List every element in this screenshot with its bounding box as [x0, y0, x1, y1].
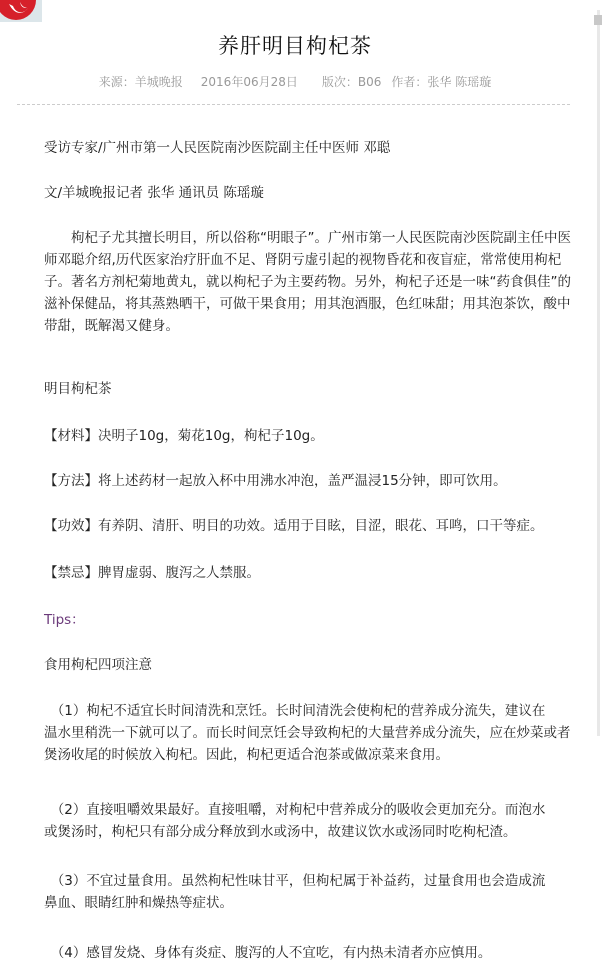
tip-2: （2）直接咀嚼效果最好。直接咀嚼，对枸杞中营养成分的吸收会更加充分。而泡水 或煲… — [0, 799, 570, 843]
newspaper-logo-icon — [0, 0, 42, 22]
tips-title: 食用枸杞四项注意 — [44, 654, 570, 676]
recipe-title: 明目枸杞茶 — [44, 378, 570, 400]
intro-line: 枸杞子尤其擅长明目，所以俗称“明眼子”。广州市第一人民医院南沙医院副主任中医 — [44, 227, 570, 249]
meta-date: 2016年06月28日 — [201, 73, 298, 90]
tip-line: （3）不宜过量食用。虽然枸杞性味甘平，但枸杞属于补益药，过量食用也会造成流 — [44, 870, 570, 892]
intro-paragraph: 枸杞子尤其擅长明目，所以俗称“明眼子”。广州市第一人民医院南沙医院副主任中医 师… — [0, 227, 570, 337]
intro-line: 师邓聪介绍,历代医家治疗肝血不足、肾阴亏虚引起的视物昏花和夜盲症，常常使用枸杞 — [44, 249, 570, 271]
tip-line: 或煲汤时，枸杞只有部分成分释放到水或汤中，故建议饮水或汤同时吃枸杞渣。 — [44, 821, 570, 843]
intro-line: 带甜，既解渴又健身。 — [44, 315, 570, 337]
tip-line: 鼻血、眼睛红肿和燥热等症状。 — [44, 892, 570, 914]
meta-edition: 版次：B06 — [322, 73, 382, 90]
tip-line: 煲汤收尾的时候放入枸杞。因此，枸杞更适合泡茶或做凉菜来食用。 — [44, 744, 570, 766]
scrollbar-track[interactable] — [597, 10, 600, 736]
tip-line: （1）枸杞不适宜长时间清洗和烹饪。长时间清洗会使枸杞的营养成分流失，建议在 — [44, 700, 570, 722]
tip-1: （1）枸杞不适宜长时间清洗和烹饪。长时间清洗会使枸杞的营养成分流失，建议在 温水… — [0, 700, 570, 766]
scrollbar-thumb[interactable] — [594, 15, 602, 25]
tip-line: 温水里稍洗一下就可以了。而长时间烹饪会导致枸杞的大量营养成分流失，应在炒菜或者 — [44, 722, 570, 744]
tip-3: （3）不宜过量食用。虽然枸杞性味甘平，但枸杞属于补益药，过量食用也会造成流 鼻血… — [0, 870, 570, 914]
tips-label: Tips： — [44, 609, 570, 631]
article-meta: 来源：羊城晚报2016年06月28日版次：B06作者：张华 陈瑶璇 — [0, 73, 590, 90]
intro-line: 滋补保健品，将其蒸熟晒干，可做干果食用；用其泡酒服，色红味甜；用其泡茶饮，酸中 — [44, 293, 570, 315]
newspaper-logo[interactable] — [0, 0, 42, 22]
intro-line: 子。著名方剂杞菊地黄丸，就以枸杞子为主要药物。另外，枸杞子还是一味“药食俱佳”的 — [44, 271, 570, 293]
recipe-materials: 【材料】决明子10g，菊花10g，枸杞子10g。 — [44, 425, 570, 447]
recipe-contraindication: 【禁忌】脾胃虚弱、腹泻之人禁服。 — [44, 562, 570, 584]
tip-line: （2）直接咀嚼效果最好。直接咀嚼，对枸杞中营养成分的吸收会更加充分。而泡水 — [44, 799, 570, 821]
recipe-method: 【方法】将上述药材一起放入杯中用沸水冲泡，盖严温浸15分钟，即可饮用。 — [44, 470, 570, 492]
title-divider — [17, 104, 570, 105]
meta-source: 来源：羊城晚报 — [99, 73, 183, 90]
article-title: 养肝明目枸杞茶 — [0, 30, 590, 60]
recipe-efficacy: 【功效】有养阴、清肝、明目的功效。适用于目眩，目涩，眼花、耳鸣，口干等症。 — [44, 515, 570, 537]
meta-author: 作者：张华 陈瑶璇 — [391, 73, 491, 90]
byline: 文/羊城晚报记者 张华 通讯员 陈瑶璇 — [44, 182, 570, 204]
tip-4: （4）感冒发烧、身体有炎症、腹泻的人不宜吃，有内热未清者亦应慎用。 — [44, 942, 570, 964]
expert-line: 受访专家/广州市第一人民医院南沙医院副主任中医师 邓聪 — [44, 137, 570, 159]
